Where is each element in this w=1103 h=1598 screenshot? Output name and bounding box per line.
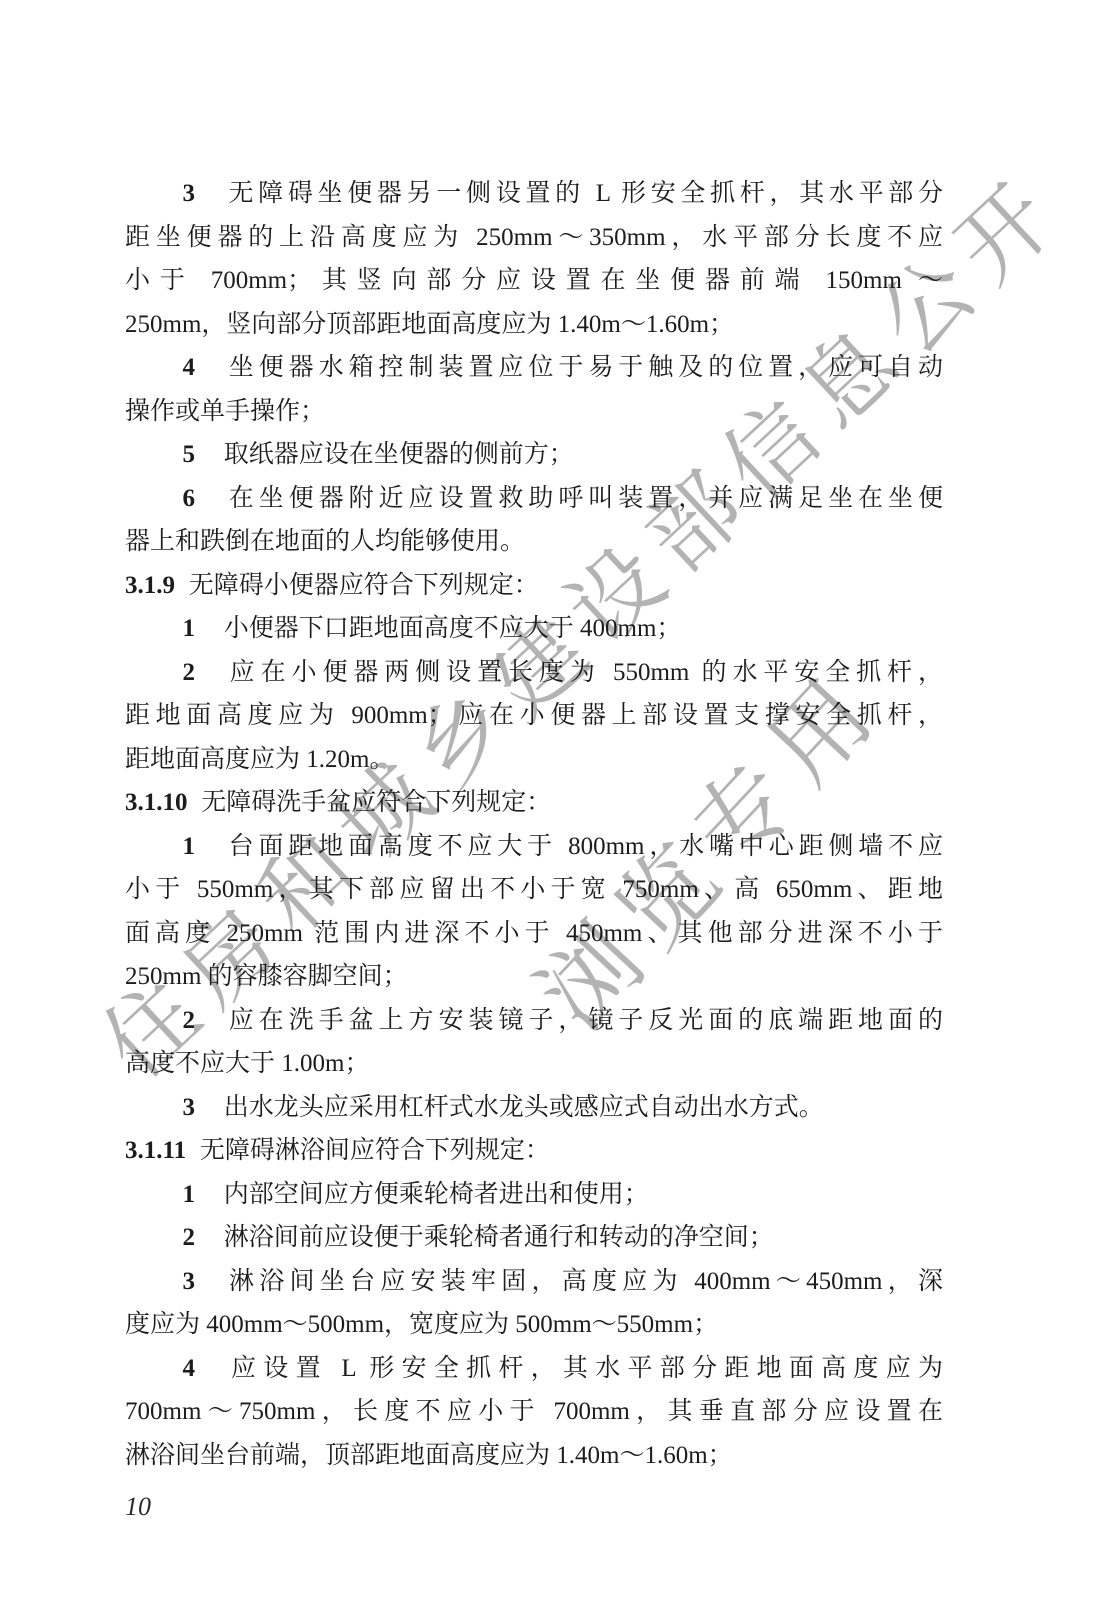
item-number: 4 (183, 354, 196, 381)
text-line: 250mm 的容膝容脚空间； (125, 955, 943, 999)
text-line: 距坐便器的上沿高度应为 250mm～350mm，水平部分长度不应 (125, 216, 943, 260)
text-line: 度应为 400mm～500mm，宽度应为 500mm～550mm； (125, 1303, 943, 1347)
text-line: 5取纸器应设在坐便器的侧前方； (125, 433, 943, 477)
text-line: 700mm～750mm，长度不应小于 700mm，其垂直部分应设置在 (125, 1390, 943, 1434)
item-number: 4 (183, 1355, 196, 1382)
item-number: 1 (183, 833, 196, 860)
text-line: 3.1.10无障碍洗手盆应符合下列规定： (125, 781, 943, 825)
text-line: 2淋浴间前应设便于乘轮椅者通行和转动的净空间； (125, 1216, 943, 1260)
item-number: 2 (183, 1224, 196, 1251)
text-line: 距地面高度应为 900mm；应在小便器上部设置支撑安全抓杆， (125, 694, 943, 738)
item-1: 1内部空间应方便乘轮椅者进出和使用； (125, 1173, 943, 1217)
item-number: 2 (183, 1007, 196, 1034)
item-number: 1 (183, 1181, 196, 1208)
text-line: 3.1.11无障碍淋浴间应符合下列规定： (125, 1129, 943, 1173)
clause-number: 3.1.11 (125, 1137, 186, 1164)
text-line: 6在坐便器附近应设置救助呼叫装置，并应满足坐在坐便 (125, 477, 943, 521)
text-line: 面高度 250mm 范围内进深不小于 450mm、其他部分进深不小于 (125, 912, 943, 956)
clause-number: 3.1.9 (125, 572, 175, 599)
item-number: 5 (183, 441, 196, 468)
item-number: 3 (183, 1094, 196, 1121)
document-page: 住房和城乡建设部信息公开 浏览专用 3无障碍坐便器另一侧设置的 L 形安全抓杆，… (0, 0, 1103, 1598)
text-line: 1台面距地面高度不应大于 800mm，水嘴中心距侧墙不应 (125, 825, 943, 869)
text-line: 高度不应大于 1.00m； (125, 1042, 943, 1086)
clause-3.1.9: 3.1.9无障碍小便器应符合下列规定： (125, 564, 943, 608)
item-6: 6在坐便器附近应设置救助呼叫装置，并应满足坐在坐便器上和跌倒在地面的人均能够使用… (125, 477, 943, 564)
item-number: 3 (183, 1268, 196, 1295)
text-line: 3淋浴间坐台应安装牢固，高度应为 400mm～450mm，深 (125, 1260, 943, 1304)
text-line: 2应在小便器两侧设置长度为 550mm 的水平安全抓杆， (125, 651, 943, 695)
item-3: 3出水龙头应采用杠杆式水龙头或感应式自动出水方式。 (125, 1086, 943, 1130)
text-line: 器上和跌倒在地面的人均能够使用。 (125, 520, 943, 564)
item-1: 1台面距地面高度不应大于 800mm，水嘴中心距侧墙不应小于 550mm，其下部… (125, 825, 943, 999)
item-4: 4应设置 L 形安全抓杆，其水平部分距地面高度应为700mm～750mm，长度不… (125, 1347, 943, 1478)
item-2: 2应在洗手盆上方安装镜子，镜子反光面的底端距地面的高度不应大于 1.00m； (125, 999, 943, 1086)
text-line: 小于 550mm，其下部应留出不小于宽 750mm、高 650mm、距地 (125, 868, 943, 912)
document-body: 3无障碍坐便器另一侧设置的 L 形安全抓杆，其水平部分距坐便器的上沿高度应为 2… (125, 172, 943, 1477)
item-3: 3无障碍坐便器另一侧设置的 L 形安全抓杆，其水平部分距坐便器的上沿高度应为 2… (125, 172, 943, 346)
text-line: 操作或单手操作； (125, 390, 943, 434)
text-line: 250mm，竖向部分顶部距地面高度应为 1.40m～1.60m； (125, 303, 943, 347)
item-2: 2淋浴间前应设便于乘轮椅者通行和转动的净空间； (125, 1216, 943, 1260)
text-line: 4应设置 L 形安全抓杆，其水平部分距地面高度应为 (125, 1347, 943, 1391)
text-line: 淋浴间坐台前端，顶部距地面高度应为 1.40m～1.60m； (125, 1434, 943, 1478)
text-line: 3.1.9无障碍小便器应符合下列规定： (125, 564, 943, 608)
text-line: 1内部空间应方便乘轮椅者进出和使用； (125, 1173, 943, 1217)
item-number: 3 (183, 180, 196, 207)
page-number: 10 (125, 1492, 151, 1522)
text-line: 4坐便器水箱控制装置应位于易于触及的位置，应可自动 (125, 346, 943, 390)
item-number: 1 (183, 615, 196, 642)
text-line: 3出水龙头应采用杠杆式水龙头或感应式自动出水方式。 (125, 1086, 943, 1130)
item-number: 6 (183, 485, 196, 512)
item-5: 5取纸器应设在坐便器的侧前方； (125, 433, 943, 477)
text-line: 1小便器下口距地面高度不应大于 400mm； (125, 607, 943, 651)
text-line: 距地面高度应为 1.20m。 (125, 738, 943, 782)
item-number: 2 (183, 659, 196, 686)
text-line: 3无障碍坐便器另一侧设置的 L 形安全抓杆，其水平部分 (125, 172, 943, 216)
clause-number: 3.1.10 (125, 789, 188, 816)
text-line: 2应在洗手盆上方安装镜子，镜子反光面的底端距地面的 (125, 999, 943, 1043)
text-line: 小于 700mm；其竖向部分应设置在坐便器前端 150mm ～ (125, 259, 943, 303)
item-2: 2应在小便器两侧设置长度为 550mm 的水平安全抓杆，距地面高度应为 900m… (125, 651, 943, 782)
clause-3.1.10: 3.1.10无障碍洗手盆应符合下列规定： (125, 781, 943, 825)
clause-3.1.11: 3.1.11无障碍淋浴间应符合下列规定： (125, 1129, 943, 1173)
item-4: 4坐便器水箱控制装置应位于易于触及的位置，应可自动操作或单手操作； (125, 346, 943, 433)
item-3: 3淋浴间坐台应安装牢固，高度应为 400mm～450mm，深度应为 400mm～… (125, 1260, 943, 1347)
item-1: 1小便器下口距地面高度不应大于 400mm； (125, 607, 943, 651)
